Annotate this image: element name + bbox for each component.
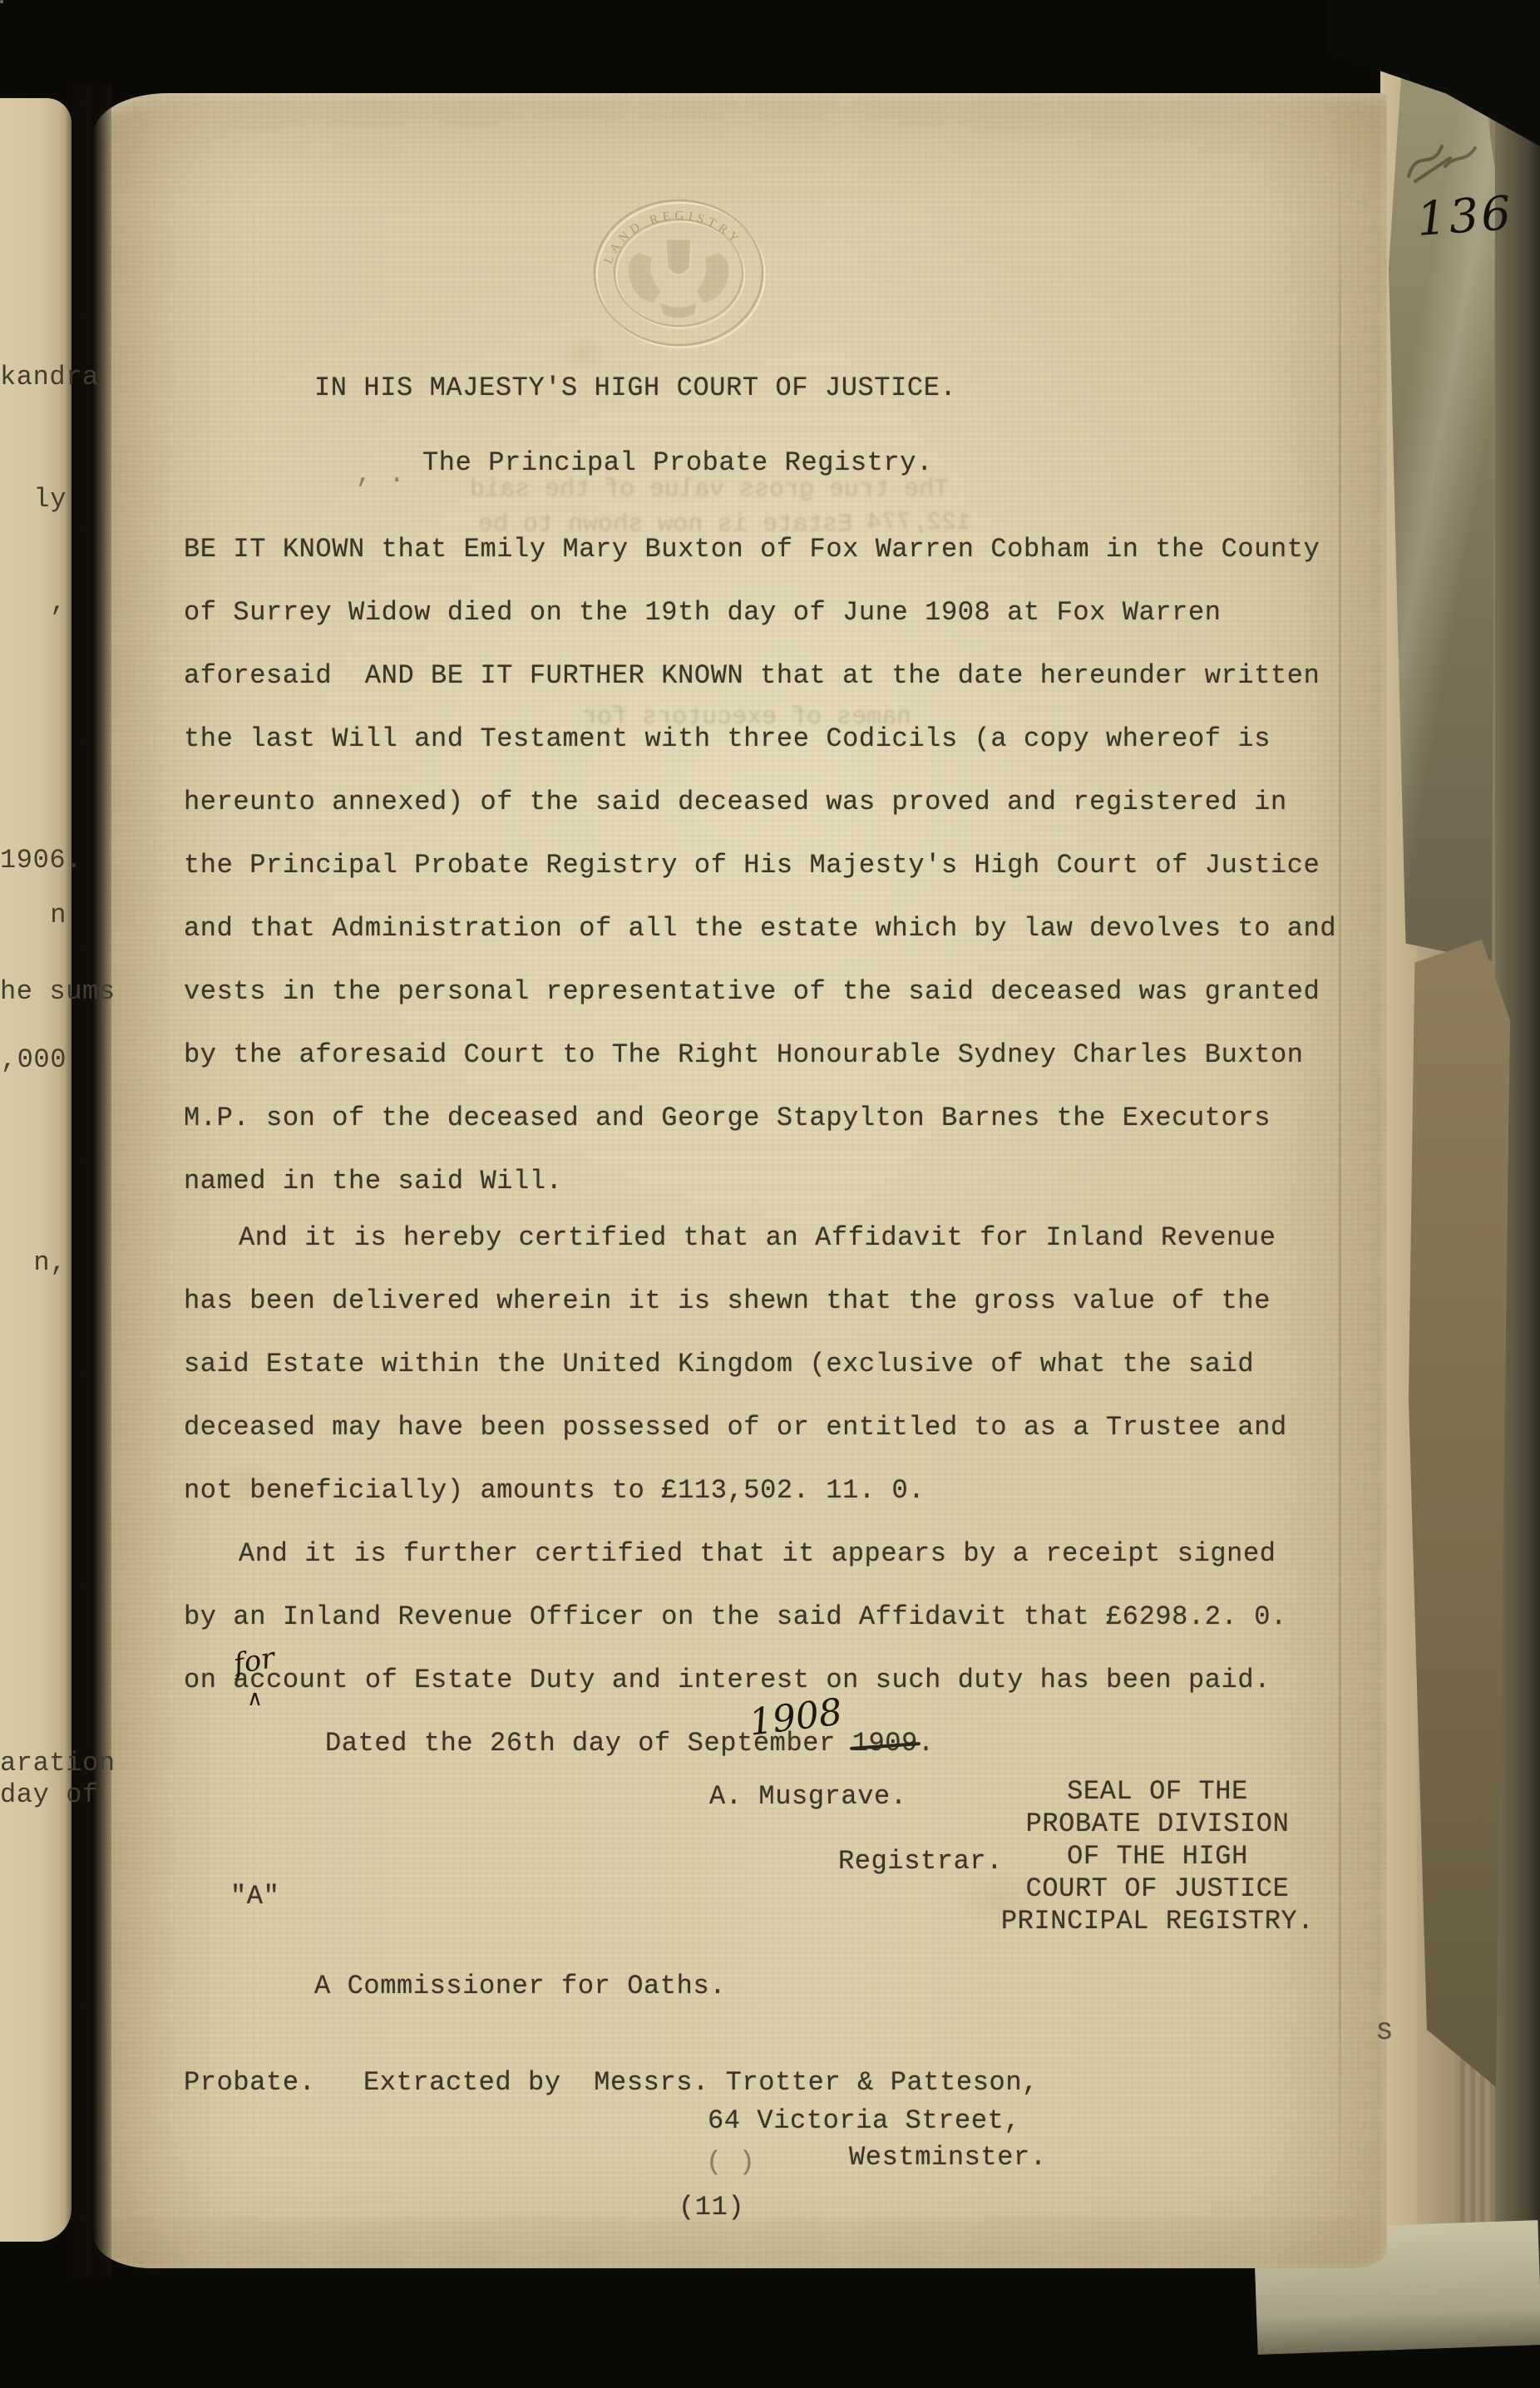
- margin-fragment: n,: [0, 1247, 67, 1278]
- body-line: M.P. son of the deceased and George Stap…: [184, 1103, 1271, 1133]
- probate-label: Probate.: [184, 2067, 315, 2098]
- body-line: named in the said Will.: [184, 1166, 562, 1196]
- seal-text-line: COURT OF JUSTICE: [990, 1873, 1325, 1904]
- paper-debris: [0, 0, 3, 3]
- faint-parentheses: ( ): [706, 2147, 755, 2178]
- margin-fragment: ly: [0, 484, 67, 515]
- body-line: hereunto annexed) of the said deceased w…: [184, 787, 1287, 817]
- body-line: vests in the personal representative of …: [184, 976, 1320, 1007]
- insert-caret: ∧: [247, 1686, 263, 1711]
- body-line: said Estate within the United Kingdom (e…: [184, 1349, 1254, 1379]
- registrar-role: Registrar.: [838, 1846, 1003, 1877]
- seal-text-line: SEAL OF THE: [990, 1776, 1325, 1807]
- body-line: deceased may have been possessed of or e…: [184, 1412, 1287, 1443]
- body-line: And it is further certified that it appe…: [239, 1538, 1276, 1569]
- registrar-signature: A. Musgrave.: [709, 1781, 907, 1812]
- body-line: aforesaid AND BE IT FURTHER KNOWN that a…: [184, 660, 1320, 691]
- pencil-squiggle: [1404, 138, 1487, 191]
- folded-page-edge: [1409, 940, 1510, 2087]
- seal-text-line: PROBATE DIVISION: [990, 1808, 1325, 1839]
- body-line: by an Inland Revenue Officer on the said…: [184, 1601, 1287, 1632]
- extracted-by-line: Extracted by Messrs. Trotter & Patteson,: [363, 2067, 1039, 2098]
- bleedthrough-line: Estate is now shown to be: [478, 511, 852, 539]
- edge-letter: S: [1377, 2019, 1393, 2047]
- body-line: on account of Estate Duty and interest o…: [184, 1665, 1271, 1695]
- body-line: the Principal Probate Registry of His Ma…: [184, 850, 1320, 881]
- margin-fragment: day of: [0, 1779, 67, 1810]
- book-gutter-shadow: [65, 83, 111, 2278]
- body-line: by the aforesaid Court to The Right Hono…: [184, 1039, 1304, 1070]
- registry-subtitle: The Principal Probate Registry.: [422, 447, 933, 478]
- margin-fragment: kandra: [0, 362, 67, 392]
- stray-marks: , .: [356, 459, 405, 490]
- handwritten-insert-word: for: [231, 1641, 278, 1681]
- seal-text-line: OF THE HIGH: [990, 1841, 1325, 1872]
- bleedthrough-line: names of executors for: [582, 703, 911, 732]
- embossed-land-registry-seal: LAND REGISTRY: [580, 188, 777, 358]
- margin-fragment: aration: [0, 1748, 67, 1779]
- court-title: IN HIS MAJESTY'S HIGH COURT OF JUSTICE.: [314, 373, 956, 403]
- exhibit-mark: "A": [230, 1881, 279, 1912]
- body-line: and that Administration of all the estat…: [184, 913, 1336, 944]
- body-line: And it is hereby certified that an Affid…: [239, 1222, 1276, 1253]
- margin-fragment: 1906.: [0, 845, 67, 876]
- body-line: of Surrey Widow died on the 19th day of …: [184, 597, 1222, 628]
- margin-fragment: ,: [0, 587, 67, 618]
- page-crease: [1339, 108, 1341, 2245]
- address-line: Westminster.: [849, 2142, 1047, 2173]
- body-line: has been delivered wherein it is shewn t…: [184, 1285, 1271, 1316]
- page-number: (11): [679, 2192, 744, 2223]
- margin-fragment: ,000: [0, 1044, 67, 1075]
- struck-year: 1909: [852, 1728, 918, 1759]
- bleedthrough-line: 122,774: [866, 509, 971, 537]
- probate-document-scan: LAND REGISTRY IN HIS MAJESTY'S HIGH COUR…: [0, 0, 1540, 2388]
- commissioner-line: A Commissioner for Oaths.: [314, 1971, 726, 2001]
- margin-fragment: he sums: [0, 976, 67, 1007]
- bleedthrough-line: The true gross value of the said: [470, 476, 949, 504]
- seal-text-line: PRINCIPAL REGISTRY.: [990, 1906, 1325, 1937]
- facing-page-edge: [0, 98, 72, 2242]
- body-line: not beneficially) amounts to £113,502. 1…: [184, 1475, 925, 1506]
- address-line: 64 Victoria Street,: [708, 2105, 1020, 2136]
- corner-folio-number: 136: [1415, 186, 1515, 247]
- margin-fragment: n: [0, 900, 67, 930]
